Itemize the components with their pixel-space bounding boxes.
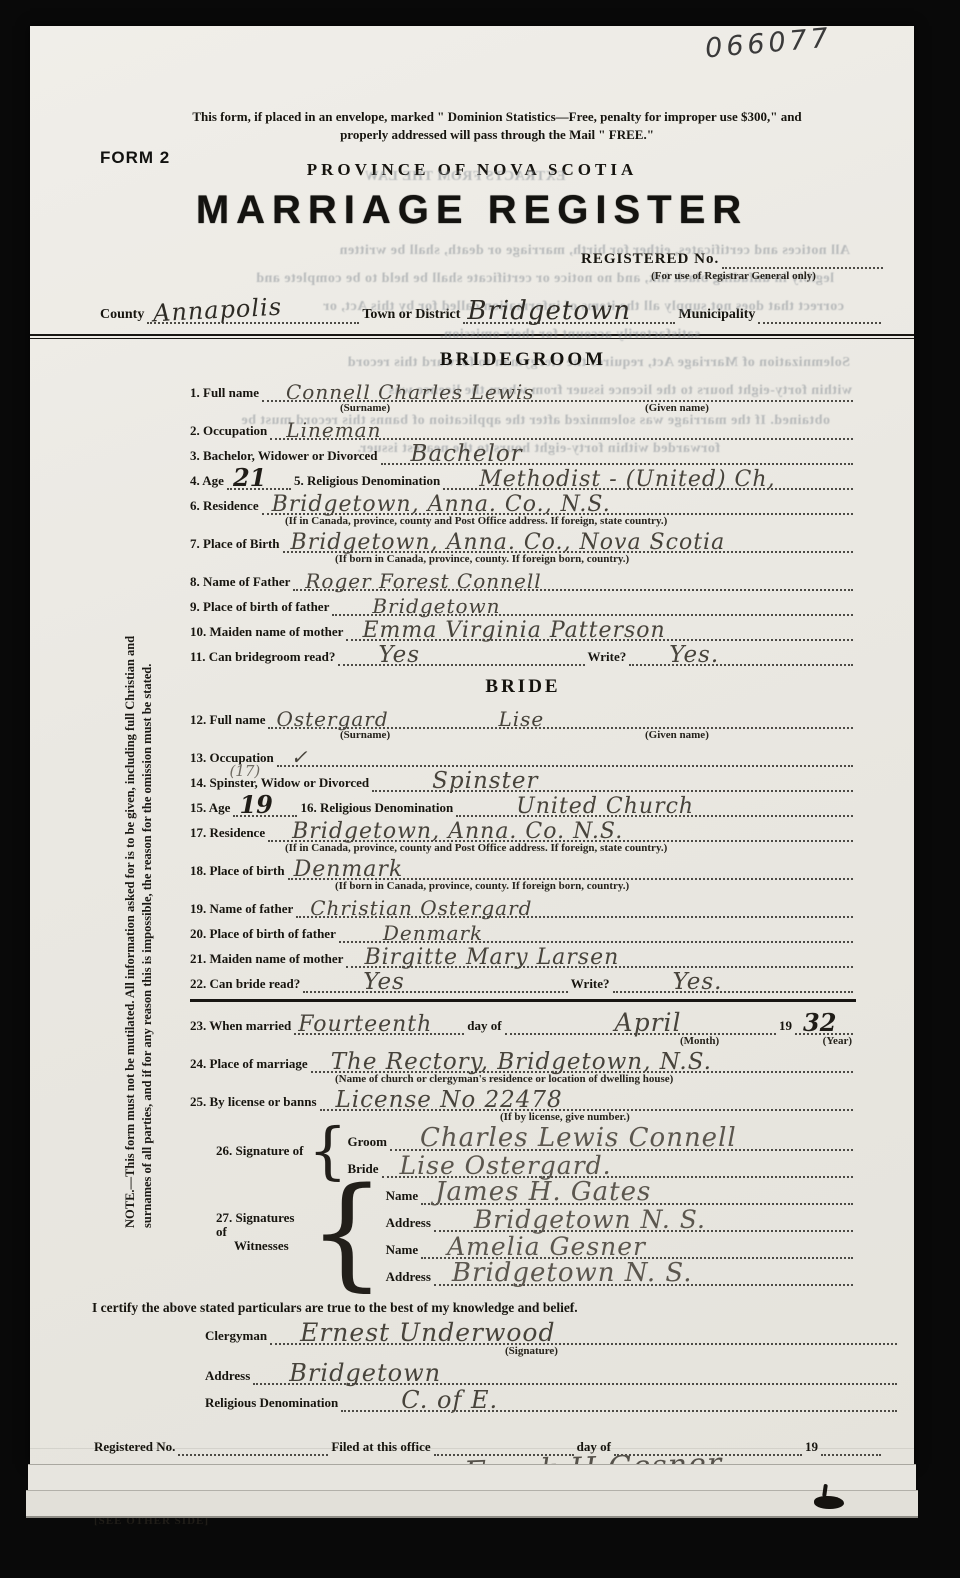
birthplace-caption: (If born in Canada, province, county. If… — [335, 553, 629, 565]
mailing-instructions: This form, if placed in an envelope, mar… — [140, 108, 854, 144]
registered-no-label: REGISTERED No. — [581, 251, 719, 269]
witness-address-value: Bridgetown N. S. — [452, 1258, 693, 1288]
given-name-caption: (Given name) — [645, 729, 709, 741]
municipality-blank — [758, 294, 881, 324]
field-groom-mother: 10. Maiden name of mother Emma Virginia … — [190, 616, 856, 641]
bride-religion-value: United Church — [516, 794, 694, 819]
clergy-address-value: Bridgetown — [289, 1359, 441, 1387]
bridegroom-heading: BRIDEGROOM — [190, 349, 856, 371]
bride-mother-value: Birgitte Mary Larsen — [364, 945, 619, 970]
bride-given-value: Lise — [498, 707, 544, 731]
bride-heading: BRIDE — [190, 676, 856, 698]
groom-residence-value: Bridgetown, Anna. Co., N.S. — [272, 492, 611, 517]
page-title: MARRIAGE REGISTER — [30, 188, 914, 233]
stacked-sheet-edge — [26, 1490, 918, 1518]
signatures-witnesses-label: 27. Signatures of Witnesses — [190, 1211, 308, 1253]
witness-row: Name Amelia Gesner — [386, 1232, 856, 1259]
year-caption: (Year) — [823, 1035, 852, 1047]
field-groom-residence: 6. Residence Bridgetown, Anna. Co., N.S. — [190, 490, 856, 515]
bride-read-value: Yes — [363, 969, 405, 995]
clergyman-signature-value: Ernest Underwood — [300, 1318, 555, 1347]
field-groom-full-name: 1. Full name Connell Charles Lewis — [190, 377, 856, 402]
field-bride-literacy: 22. Can bride read? Yes Write? Yes. — [190, 968, 856, 993]
bleed-through-heading: EXTRACTS FROM THE LAW — [100, 164, 830, 190]
groom-religion-value: Methodist - (United) Ch, — [479, 467, 775, 492]
county-value: Annapolis — [153, 293, 283, 328]
field-bride-mother: 21. Maiden name of mother Birgitte Mary … — [190, 943, 856, 968]
groom-write-value: Yes. — [669, 642, 719, 668]
marriage-month-value: April — [615, 1008, 682, 1037]
field-clergy-denomination: Religious Denomination C. of E. — [205, 1385, 900, 1412]
license-value: License No 22478 — [336, 1087, 563, 1113]
bride-surname-value: Ostergard — [276, 707, 388, 731]
signatures-couple-label: 26. Signature of — [190, 1144, 308, 1158]
groom-father-value: Roger Forest Connell — [305, 569, 541, 593]
groom-status-value: Bachelor — [411, 441, 523, 467]
field-bride-father-birthplace: 20. Place of birth of father Denmark — [190, 918, 856, 943]
town-district-field: Bridgetown — [463, 294, 675, 324]
county-field: Annapolis — [147, 294, 359, 324]
clergyman-signature-caption: (Signature) — [505, 1345, 558, 1357]
witness-row: Address Bridgetown N. S. — [386, 1259, 856, 1286]
groom-signature-value: Charles Lewis Connell — [420, 1123, 737, 1153]
town-district-value: Bridgetown — [467, 296, 631, 326]
bride-age-value: 19 — [239, 790, 272, 819]
field-license-or-banns: 25. By license or banns License No 22478 — [190, 1086, 856, 1111]
witness-name-value: James H. Gates — [435, 1177, 651, 1207]
groom-full-name-value: Connell Charles Lewis — [286, 380, 535, 404]
field-signatures-witnesses: 27. Signatures of Witnesses { Name James… — [190, 1178, 856, 1286]
field-groom-father-birthplace: 9. Place of birth of father Bridgetown — [190, 591, 856, 616]
registered-no-caption: (For use of Registrar General only) — [581, 270, 886, 282]
bride-occupation-value: ✓ — [291, 745, 309, 769]
field-bride-age-religion: 15. Age (17) 19 16. Religious Denominati… — [190, 792, 856, 817]
witness-address-value: Bridgetown N. S. — [474, 1205, 706, 1234]
given-name-caption: (Given name) — [645, 402, 709, 414]
witness-row: Address Bridgetown N. S. — [386, 1205, 856, 1232]
bride-status-value: Spinster — [432, 768, 538, 794]
brace-glyph: { — [308, 1180, 386, 1284]
groom-occupation-value: Lineman — [286, 418, 381, 442]
stacked-sheet-edge — [28, 1464, 916, 1490]
place-of-marriage-caption: (Name of church or clergyman's residence… — [335, 1073, 673, 1085]
marriage-day-value: Fourteenth — [298, 1012, 432, 1037]
field-groom-birthplace: 7. Place of Birth Bridgetown, Anna. Co.,… — [190, 528, 856, 553]
paper-fold-line — [30, 1448, 914, 1449]
field-groom-occupation: 2. Occupation Lineman — [190, 415, 856, 440]
year-blank — [821, 1430, 881, 1456]
margin-note-vertical: NOTE.—This form must not be mutilated. A… — [122, 576, 156, 1228]
month-caption: (Month) — [680, 1035, 719, 1047]
field-clergyman: Clergyman Ernest Underwood — [205, 1318, 900, 1345]
field-bride-full-name: 12. Full name Ostergard Lise — [190, 704, 856, 729]
groom-read-value: Yes — [378, 642, 420, 668]
residence-caption: (If in Canada, province, county and Post… — [285, 515, 667, 527]
clergy-denomination-value: C. of E. — [401, 1386, 498, 1414]
field-groom-literacy: 11. Can bridegroom read? Yes Write? Yes. — [190, 641, 856, 666]
field-bride-occupation: 13. Occupation ✓ — [190, 742, 856, 767]
residence-caption: (If in Canada, province, county and Post… — [285, 842, 667, 854]
certification-statement: I certify the above stated particulars a… — [92, 1300, 914, 1316]
registered-no-footer-blank — [178, 1430, 328, 1456]
filing-row: Registered No. Filed at this office day … — [94, 1430, 884, 1456]
marriage-year-value: 32 — [803, 1008, 836, 1037]
birthplace-caption: (If born in Canada, province, county. If… — [335, 880, 629, 892]
scanned-document-background: EXTRACTS FROM THE LAW All notices and ce… — [0, 0, 960, 1578]
bride-birthplace-value: Denmark — [294, 857, 404, 882]
bride-signature-value: Lise Ostergard. — [400, 1151, 612, 1180]
document-page: EXTRACTS FROM THE LAW All notices and ce… — [30, 26, 914, 1464]
bride-father-value: Christian Ostergard — [310, 896, 532, 920]
county-row: County Annapolis Town or District Bridge… — [100, 294, 884, 324]
bridegroom-section: BRIDEGROOM 1. Full name Connell Charles … — [190, 349, 856, 1286]
groom-age-value: 21 — [233, 463, 266, 492]
mailing-instructions-line1: This form, if placed in an envelope, mar… — [140, 108, 854, 126]
surname-caption: (Surname) — [340, 402, 390, 414]
bride-residence-value: Bridgetown, Anna. Co. N.S. — [292, 819, 623, 844]
bride-age-correction: (17) — [229, 762, 260, 780]
groom-mother-value: Emma Virginia Patterson — [362, 618, 665, 643]
bride-write-value: Yes. — [673, 969, 723, 995]
field-groom-father: 8. Name of Father Roger Forest Connell — [190, 566, 856, 591]
registered-no-field: REGISTERED No. (For use of Registrar Gen… — [581, 247, 886, 282]
witness-row: Name James H. Gates — [386, 1178, 856, 1205]
field-signatures-couple: 26. Signature of { Groom Charles Lewis C… — [190, 1124, 856, 1178]
license-caption: (If by license, give number.) — [500, 1111, 630, 1123]
section-divider-heavy-rule — [190, 999, 856, 1002]
registered-no-blank — [722, 247, 883, 269]
field-clergy-address: Address Bridgetown — [205, 1358, 900, 1385]
field-bride-birthplace: 18. Place of birth Denmark — [190, 855, 856, 880]
handwritten-doc-number: 066077 — [704, 23, 833, 65]
witness-name-value: Amelia Gesner — [447, 1232, 646, 1261]
ink-blot-mark — [814, 1496, 844, 1509]
groom-birthplace-value: Bridgetown, Anna. Co., Nova Scotia — [291, 530, 726, 555]
field-bride-father: 19. Name of father Christian Ostergard — [190, 893, 856, 918]
marriage-place-value: The Rectory, Bridgetown, N.S. — [331, 1049, 712, 1075]
field-when-married: 23. When married Fourteenth day of April… — [190, 1010, 856, 1035]
field-place-of-marriage: 24. Place of marriage The Rectory, Bridg… — [190, 1048, 856, 1073]
form-number-label: FORM 2 — [100, 148, 170, 168]
certification-section: Clergyman Ernest Underwood (Signature) A… — [205, 1318, 900, 1412]
mailing-instructions-line2: properly addressed will pass through the… — [140, 126, 854, 144]
field-groom-age-religion: 4. Age 21 5. Religious Denomination Meth… — [190, 465, 856, 490]
groom-father-birthplace-value: Bridgetown — [372, 594, 500, 618]
field-bride-residence: 17. Residence Bridgetown, Anna. Co. N.S. — [190, 817, 856, 842]
bride-father-birthplace-value: Denmark — [383, 921, 483, 945]
surname-caption: (Surname) — [340, 729, 390, 741]
field-groom-status: 3. Bachelor, Widower or Divorced Bachelo… — [190, 440, 856, 465]
field-bride-status: 14. Spinster, Widow or Divorced Spinster — [190, 767, 856, 792]
